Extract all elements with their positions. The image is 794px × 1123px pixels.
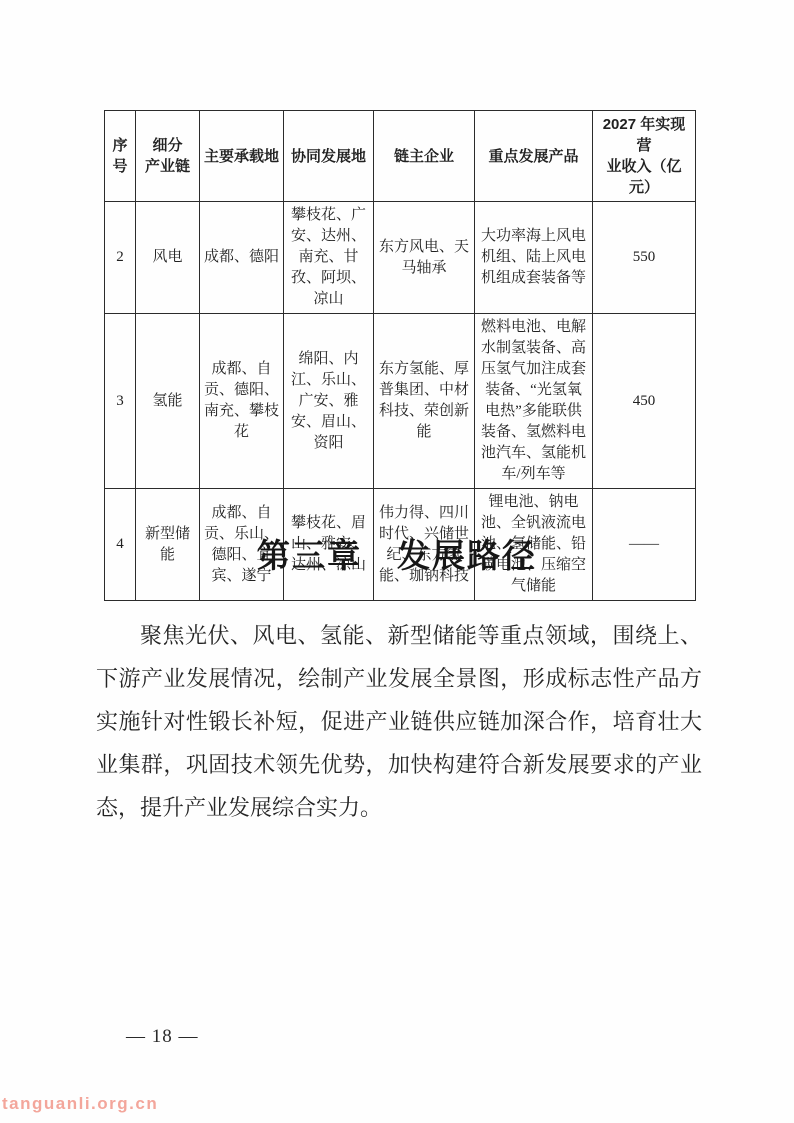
- header-revenue: 2027 年实现营 业收入（亿元）: [593, 111, 696, 202]
- cell-no: 2: [105, 202, 136, 314]
- document-page: 序 号 细分 产业链 主要承载地 协同发展地 链主企业 重点发展产品 2027 …: [0, 0, 794, 1123]
- page-number: — 18 —: [126, 1026, 199, 1048]
- cell-chain: 氢能: [136, 314, 200, 489]
- paragraph-line: 实施针对性锻长补短，促进产业链供应链加深合作，培育壮大产: [96, 700, 702, 743]
- cell-lead-firms: 东方风电、天马轴承: [374, 202, 475, 314]
- paragraph-line: 业集群，巩固技术领先优势，加快构建符合新发展要求的产业生: [96, 743, 702, 786]
- paragraph-line: 下游产业发展情况，绘制产业发展全景图，形成标志性产品方案，: [96, 657, 702, 700]
- cell-no: 3: [105, 314, 136, 489]
- cell-co-area: 攀枝花、广安、达州、南充、甘孜、阿坝、凉山: [284, 202, 374, 314]
- cell-lead-firms: 东方氢能、厚普集团、中材科技、荣创新能: [374, 314, 475, 489]
- cell-products: 燃料电池、电解水制氢装备、高压氢气加注成套装备、“光氢氧电热”多能联供装备、氢燃…: [475, 314, 593, 489]
- watermark-text: tanguanli.org.cn: [2, 1094, 158, 1114]
- header-co-area: 协同发展地: [284, 111, 374, 202]
- cell-main-area: 成都、自贡、德阳、南充、攀枝花: [200, 314, 284, 489]
- cell-revenue: 550: [593, 202, 696, 314]
- header-no: 序 号: [105, 111, 136, 202]
- cell-chain: 风电: [136, 202, 200, 314]
- cell-main-area: 成都、德阳: [200, 202, 284, 314]
- cell-revenue: 450: [593, 314, 696, 489]
- cell-co-area: 绵阳、内江、乐山、广安、雅安、眉山、资阳: [284, 314, 374, 489]
- industry-chain-table: 序 号 细分 产业链 主要承载地 协同发展地 链主企业 重点发展产品 2027 …: [104, 110, 695, 601]
- header-products: 重点发展产品: [475, 111, 593, 202]
- chapter-title: 第三章 发展路径: [0, 530, 794, 577]
- header-main-area: 主要承载地: [200, 111, 284, 202]
- header-lead-firms: 链主企业: [374, 111, 475, 202]
- table-row-hydrogen: 3 氢能 成都、自贡、德阳、南充、攀枝花 绵阳、内江、乐山、广安、雅安、眉山、资…: [105, 314, 696, 489]
- paragraph-line: 态，提升产业发展综合实力。: [96, 786, 702, 829]
- table-header-row: 序 号 细分 产业链 主要承载地 协同发展地 链主企业 重点发展产品 2027 …: [105, 111, 696, 202]
- header-chain: 细分 产业链: [136, 111, 200, 202]
- cell-products: 大功率海上风电机组、陆上风电机组成套装备等: [475, 202, 593, 314]
- table-row-wind: 2 风电 成都、德阳 攀枝花、广安、达州、南充、甘孜、阿坝、凉山 东方风电、天马…: [105, 202, 696, 314]
- paragraph-line: 聚焦光伏、风电、氢能、新型储能等重点领域，围绕上、中、: [96, 614, 702, 657]
- body-paragraph: 聚焦光伏、风电、氢能、新型储能等重点领域，围绕上、中、 下游产业发展情况，绘制产…: [96, 614, 702, 829]
